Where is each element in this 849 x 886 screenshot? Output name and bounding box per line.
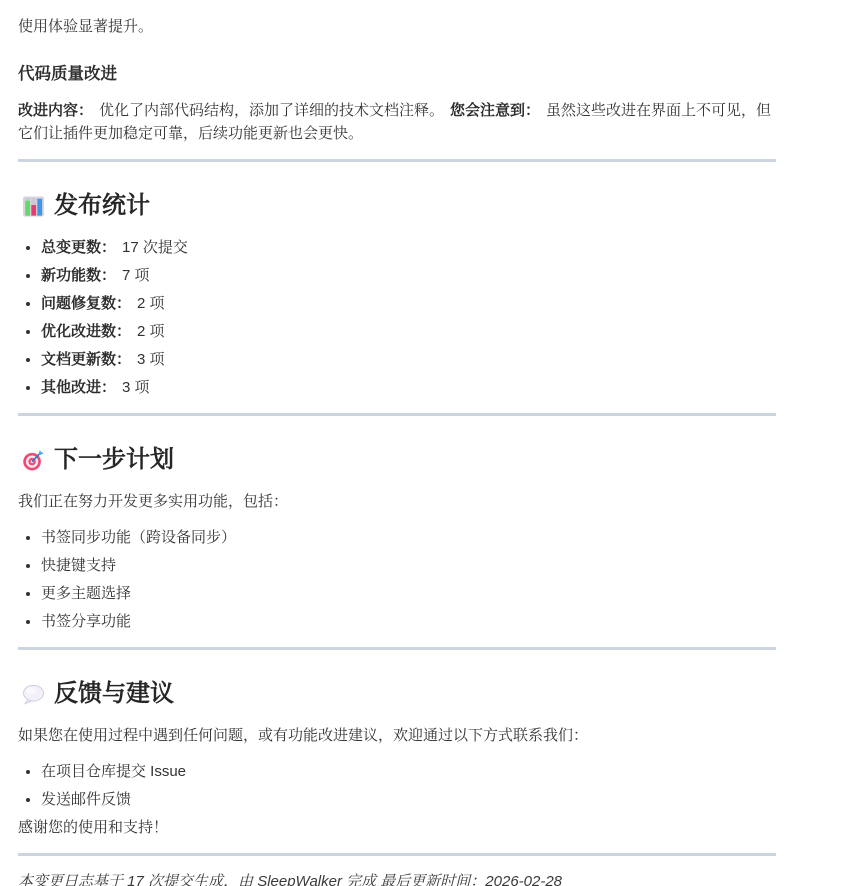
- plan-item: 更多主题选择: [41, 582, 776, 605]
- next-steps-heading: 下一步计划: [18, 444, 776, 476]
- stat-value: 2 项: [137, 295, 165, 312]
- stat-label: 问题修复数：: [41, 295, 131, 312]
- stat-value: 7 项: [122, 267, 150, 284]
- code-quality-heading: 代码质量改进: [18, 63, 776, 86]
- stat-item: 新功能数：7 项: [41, 264, 776, 287]
- feedback-item: 发送邮件反馈: [41, 788, 776, 811]
- feedback-heading: 反馈与建议: [18, 678, 776, 710]
- release-stats-title: 发布统计: [54, 190, 150, 222]
- feedback-title: 反馈与建议: [54, 678, 174, 710]
- stat-item: 优化改进数：2 项: [41, 320, 776, 343]
- feedback-item: 在项目仓库提交 Issue: [41, 760, 776, 783]
- stat-label: 优化改进数：: [41, 323, 131, 340]
- changelog-document: 使用体验显著提升。 代码质量改进 改进内容：优化了内部代码结构，添加了详细的技术…: [18, 0, 776, 886]
- plan-item: 快捷键支持: [41, 554, 776, 577]
- speech-balloon-icon: [22, 683, 45, 706]
- intro-tail-paragraph: 使用体验显著提升。: [18, 15, 776, 38]
- improvement-label: 改进内容：: [18, 102, 93, 119]
- stat-item: 总变更数：17 次提交: [41, 236, 776, 259]
- next-steps-intro: 我们正在努力开发更多实用功能，包括：: [18, 490, 776, 513]
- section-divider: [18, 647, 776, 650]
- stat-item: 其他改进：3 项: [41, 376, 776, 399]
- stat-value: 2 项: [137, 323, 165, 340]
- target-icon: [22, 449, 45, 472]
- section-divider: [18, 159, 776, 162]
- stat-label: 新功能数：: [41, 267, 116, 284]
- section-divider: [18, 413, 776, 416]
- next-steps-list: 书签同步功能（跨设备同步） 快捷键支持 更多主题选择 书签分享功能: [18, 526, 776, 633]
- stat-label: 其他改进：: [41, 379, 116, 396]
- stat-label: 总变更数：: [41, 239, 116, 256]
- improvement-text: 优化了内部代码结构，添加了详细的技术文档注释。: [99, 102, 444, 119]
- stat-value: 3 项: [137, 351, 165, 368]
- feedback-list: 在项目仓库提交 Issue 发送邮件反馈: [18, 760, 776, 811]
- thanks-paragraph: 感谢您的使用和支持！: [18, 816, 776, 839]
- footer-divider: [18, 853, 776, 856]
- stat-item: 问题修复数：2 项: [41, 292, 776, 315]
- stat-value: 17 次提交: [122, 239, 188, 256]
- next-steps-title: 下一步计划: [54, 444, 174, 476]
- bar-chart-icon: [22, 195, 45, 218]
- stat-value: 3 项: [122, 379, 150, 396]
- stat-item: 文档更新数：3 项: [41, 348, 776, 371]
- plan-item: 书签分享功能: [41, 610, 776, 633]
- release-stats-list: 总变更数：17 次提交 新功能数：7 项 问题修复数：2 项 优化改进数：2 项…: [18, 236, 776, 399]
- notice-label: 您会注意到：: [450, 102, 540, 119]
- feedback-intro: 如果您在使用过程中遇到任何问题，或有功能改进建议，欢迎通过以下方式联系我们：: [18, 724, 776, 747]
- code-quality-paragraph: 改进内容：优化了内部代码结构，添加了详细的技术文档注释。您会注意到：虽然这些改进…: [18, 99, 776, 145]
- stat-label: 文档更新数：: [41, 351, 131, 368]
- plan-item: 书签同步功能（跨设备同步）: [41, 526, 776, 549]
- footer-note: 本变更日志基于 17 次提交生成，由 SleepWalker 完成 最后更新时间…: [18, 870, 776, 886]
- release-stats-heading: 发布统计: [18, 190, 776, 222]
